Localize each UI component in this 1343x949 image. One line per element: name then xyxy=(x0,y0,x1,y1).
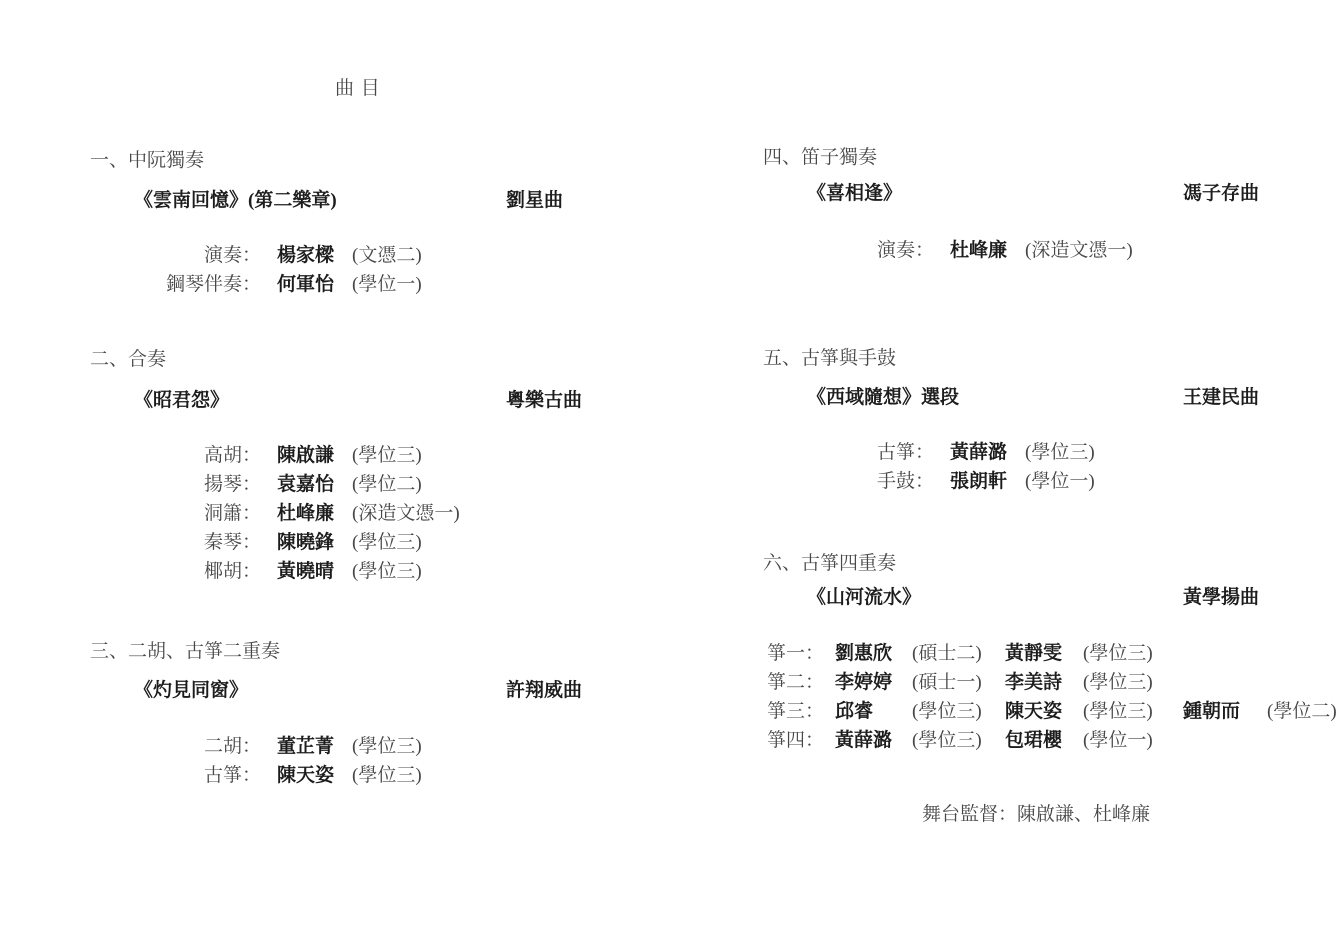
performer-role: 演奏： xyxy=(90,240,277,269)
performer-grade: (學位三) xyxy=(1083,638,1183,667)
performer-grade: (學位二) xyxy=(352,469,460,498)
zheng-part-label: 箏三： xyxy=(767,696,835,725)
piece-composer: 劉星曲 xyxy=(506,185,563,212)
program-item-2: 二、合奏 《昭君怨》 粵樂古曲 高胡： 陳啟謙 (學位三) 揚琴： 袁嘉怡 (學… xyxy=(90,349,670,371)
page-title: 曲 目 xyxy=(335,78,381,100)
quartet-row: 箏四： 黃薛潞 (學位三) 包珺櫻 (學位一) xyxy=(767,725,1337,754)
performer-name: 劉惠欣 xyxy=(835,638,912,667)
performer-name: 包珺櫻 xyxy=(1005,725,1083,754)
zheng-part-label: 箏四： xyxy=(767,725,835,754)
performer-name: 黃薛潞 xyxy=(835,725,912,754)
performer-name: 袁嘉怡 xyxy=(277,469,352,498)
performer-grade xyxy=(1267,667,1337,696)
piece-number-heading: 二、合奏 xyxy=(90,349,670,371)
performer-grade: (碩士一) xyxy=(912,667,1005,696)
program-item-6: 六、古箏四重奏 《山河流水》 黃學揚曲 箏一： 劉惠欣 (碩士二) 黃靜雯 (學… xyxy=(763,553,1343,575)
performer-name: 杜峰廉 xyxy=(950,235,1025,264)
performer-row: 洞簫： 杜峰廉 (深造文憑一) xyxy=(90,498,460,527)
performer-grade: (學位三) xyxy=(352,760,422,789)
performer-grade xyxy=(1267,725,1337,754)
performer-name: 邱睿 xyxy=(835,696,912,725)
performer-grade: (學位三) xyxy=(912,696,1005,725)
piece-number-heading: 六、古箏四重奏 xyxy=(763,553,1343,575)
performer-grade: (學位二) xyxy=(1267,696,1337,725)
performer-role: 高胡： xyxy=(90,440,277,469)
piece-title: 《雲南回憶》(第二樂章) xyxy=(134,190,337,211)
performer-row: 演奏： 杜峰廉 (深造文憑一) xyxy=(763,235,1133,264)
stage-manager-credit: 舞台監督：陳啟謙、杜峰廉 xyxy=(922,799,1150,826)
performer-grade: (學位三) xyxy=(1025,437,1095,466)
program-page: { "colors": { "background": "#ffffff", "… xyxy=(0,0,1343,949)
piece-composer: 王建民曲 xyxy=(1183,382,1259,409)
performer-grade: (學位三) xyxy=(352,556,460,585)
performer-grade: (學位一) xyxy=(1025,466,1095,495)
piece-title: 《昭君怨》 xyxy=(134,390,229,411)
performer-name: 陳天姿 xyxy=(1005,696,1083,725)
quartet-row: 箏二： 李婷婷 (碩士一) 李美詩 (學位三) xyxy=(767,667,1337,696)
performer-name: 陳天姿 xyxy=(277,760,352,789)
performer-name: 黃薛潞 xyxy=(950,437,1025,466)
piece-title: 《喜相逢》 xyxy=(807,183,902,204)
piece-title: 《灼見同窗》 xyxy=(134,680,248,701)
performer-name: 李婷婷 xyxy=(835,667,912,696)
piece-number-heading: 五、古箏與手鼓 xyxy=(763,348,1343,370)
program-item-1: 一、中阮獨奏 《雲南回憶》(第二樂章) 劉星曲 演奏： 楊家樑 (文憑二) 鋼琴… xyxy=(90,150,670,172)
quartet-row: 箏一： 劉惠欣 (碩士二) 黃靜雯 (學位三) xyxy=(767,638,1337,667)
performer-row: 手鼓： 張朗軒 (學位一) xyxy=(763,466,1095,495)
performer-name xyxy=(1183,638,1267,667)
piece-composer: 馮子存曲 xyxy=(1183,178,1259,205)
program-item-4: 四、笛子獨奏 《喜相逢》 馮子存曲 演奏： 杜峰廉 (深造文憑一) xyxy=(763,147,1343,169)
piece-composer: 黃學揚曲 xyxy=(1183,582,1259,609)
performer-name: 黃曉晴 xyxy=(277,556,352,585)
zheng-part-label: 箏二： xyxy=(767,667,835,696)
performer-role: 椰胡： xyxy=(90,556,277,585)
performer-role: 洞簫： xyxy=(90,498,277,527)
performer-row: 二胡： 董芷菁 (學位三) xyxy=(90,731,422,760)
program-item-5: 五、古箏與手鼓 《西域隨想》選段 王建民曲 古箏： 黃薛潞 (學位三) 手鼓： … xyxy=(763,348,1343,370)
piece-composer: 粵樂古曲 xyxy=(506,385,582,412)
performer-name: 張朗軒 xyxy=(950,466,1025,495)
piece-title: 《西域隨想》選段 xyxy=(807,387,959,408)
performer-grade: (學位三) xyxy=(352,527,460,556)
performer-role: 古箏： xyxy=(763,437,950,466)
performer-name: 董芷菁 xyxy=(277,731,352,760)
performer-role: 揚琴： xyxy=(90,469,277,498)
performer-name: 陳曉鋒 xyxy=(277,527,352,556)
performer-row: 高胡： 陳啟謙 (學位三) xyxy=(90,440,460,469)
performer-grade xyxy=(1267,638,1337,667)
quartet-row: 箏三： 邱睿 (學位三) 陳天姿 (學位三) 鍾朝而 (學位二) xyxy=(767,696,1337,725)
program-item-3: 三、二胡、古箏二重奏 《灼見同窗》 許翔威曲 二胡： 董芷菁 (學位三) 古箏：… xyxy=(90,641,670,663)
zheng-part-label: 箏一： xyxy=(767,638,835,667)
performer-name xyxy=(1183,667,1267,696)
performer-grade: (學位三) xyxy=(352,731,422,760)
performer-role: 演奏： xyxy=(763,235,950,264)
performer-grade: (學位三) xyxy=(1083,696,1183,725)
performer-row: 演奏： 楊家樑 (文憑二) xyxy=(90,240,422,269)
performer-row: 秦琴： 陳曉鋒 (學位三) xyxy=(90,527,460,556)
performer-grade: (學位一) xyxy=(352,269,422,298)
performer-row: 古箏： 黃薛潞 (學位三) xyxy=(763,437,1095,466)
performer-grade: (深造文憑一) xyxy=(352,498,460,527)
performer-grade: (學位三) xyxy=(1083,667,1183,696)
performer-role: 二胡： xyxy=(90,731,277,760)
performer-name: 何軍怡 xyxy=(277,269,352,298)
piece-number-heading: 一、中阮獨奏 xyxy=(90,150,670,172)
performer-grade: (深造文憑一) xyxy=(1025,235,1133,264)
performer-row: 鋼琴伴奏： 何軍怡 (學位一) xyxy=(90,269,422,298)
piece-composer: 許翔威曲 xyxy=(506,675,582,702)
performer-role: 古箏： xyxy=(90,760,277,789)
performer-grade: (學位一) xyxy=(1083,725,1183,754)
piece-number-heading: 三、二胡、古箏二重奏 xyxy=(90,641,670,663)
performer-name: 陳啟謙 xyxy=(277,440,352,469)
performer-name: 杜峰廉 xyxy=(277,498,352,527)
performer-name: 楊家樑 xyxy=(277,240,352,269)
performer-name: 鍾朝而 xyxy=(1183,696,1267,725)
performer-row: 古箏： 陳天姿 (學位三) xyxy=(90,760,422,789)
performer-grade: (碩士二) xyxy=(912,638,1005,667)
performer-name xyxy=(1183,725,1267,754)
performer-role: 秦琴： xyxy=(90,527,277,556)
performer-row: 揚琴： 袁嘉怡 (學位二) xyxy=(90,469,460,498)
performer-grade: (學位三) xyxy=(352,440,460,469)
performer-grade: (學位三) xyxy=(912,725,1005,754)
performer-name: 李美詩 xyxy=(1005,667,1083,696)
piece-number-heading: 四、笛子獨奏 xyxy=(763,147,1343,169)
performer-row: 椰胡： 黃曉晴 (學位三) xyxy=(90,556,460,585)
performer-role: 鋼琴伴奏： xyxy=(90,269,277,298)
performer-role: 手鼓： xyxy=(763,466,950,495)
performer-name: 黃靜雯 xyxy=(1005,638,1083,667)
performer-grade: (文憑二) xyxy=(352,240,422,269)
piece-title: 《山河流水》 xyxy=(807,587,921,608)
